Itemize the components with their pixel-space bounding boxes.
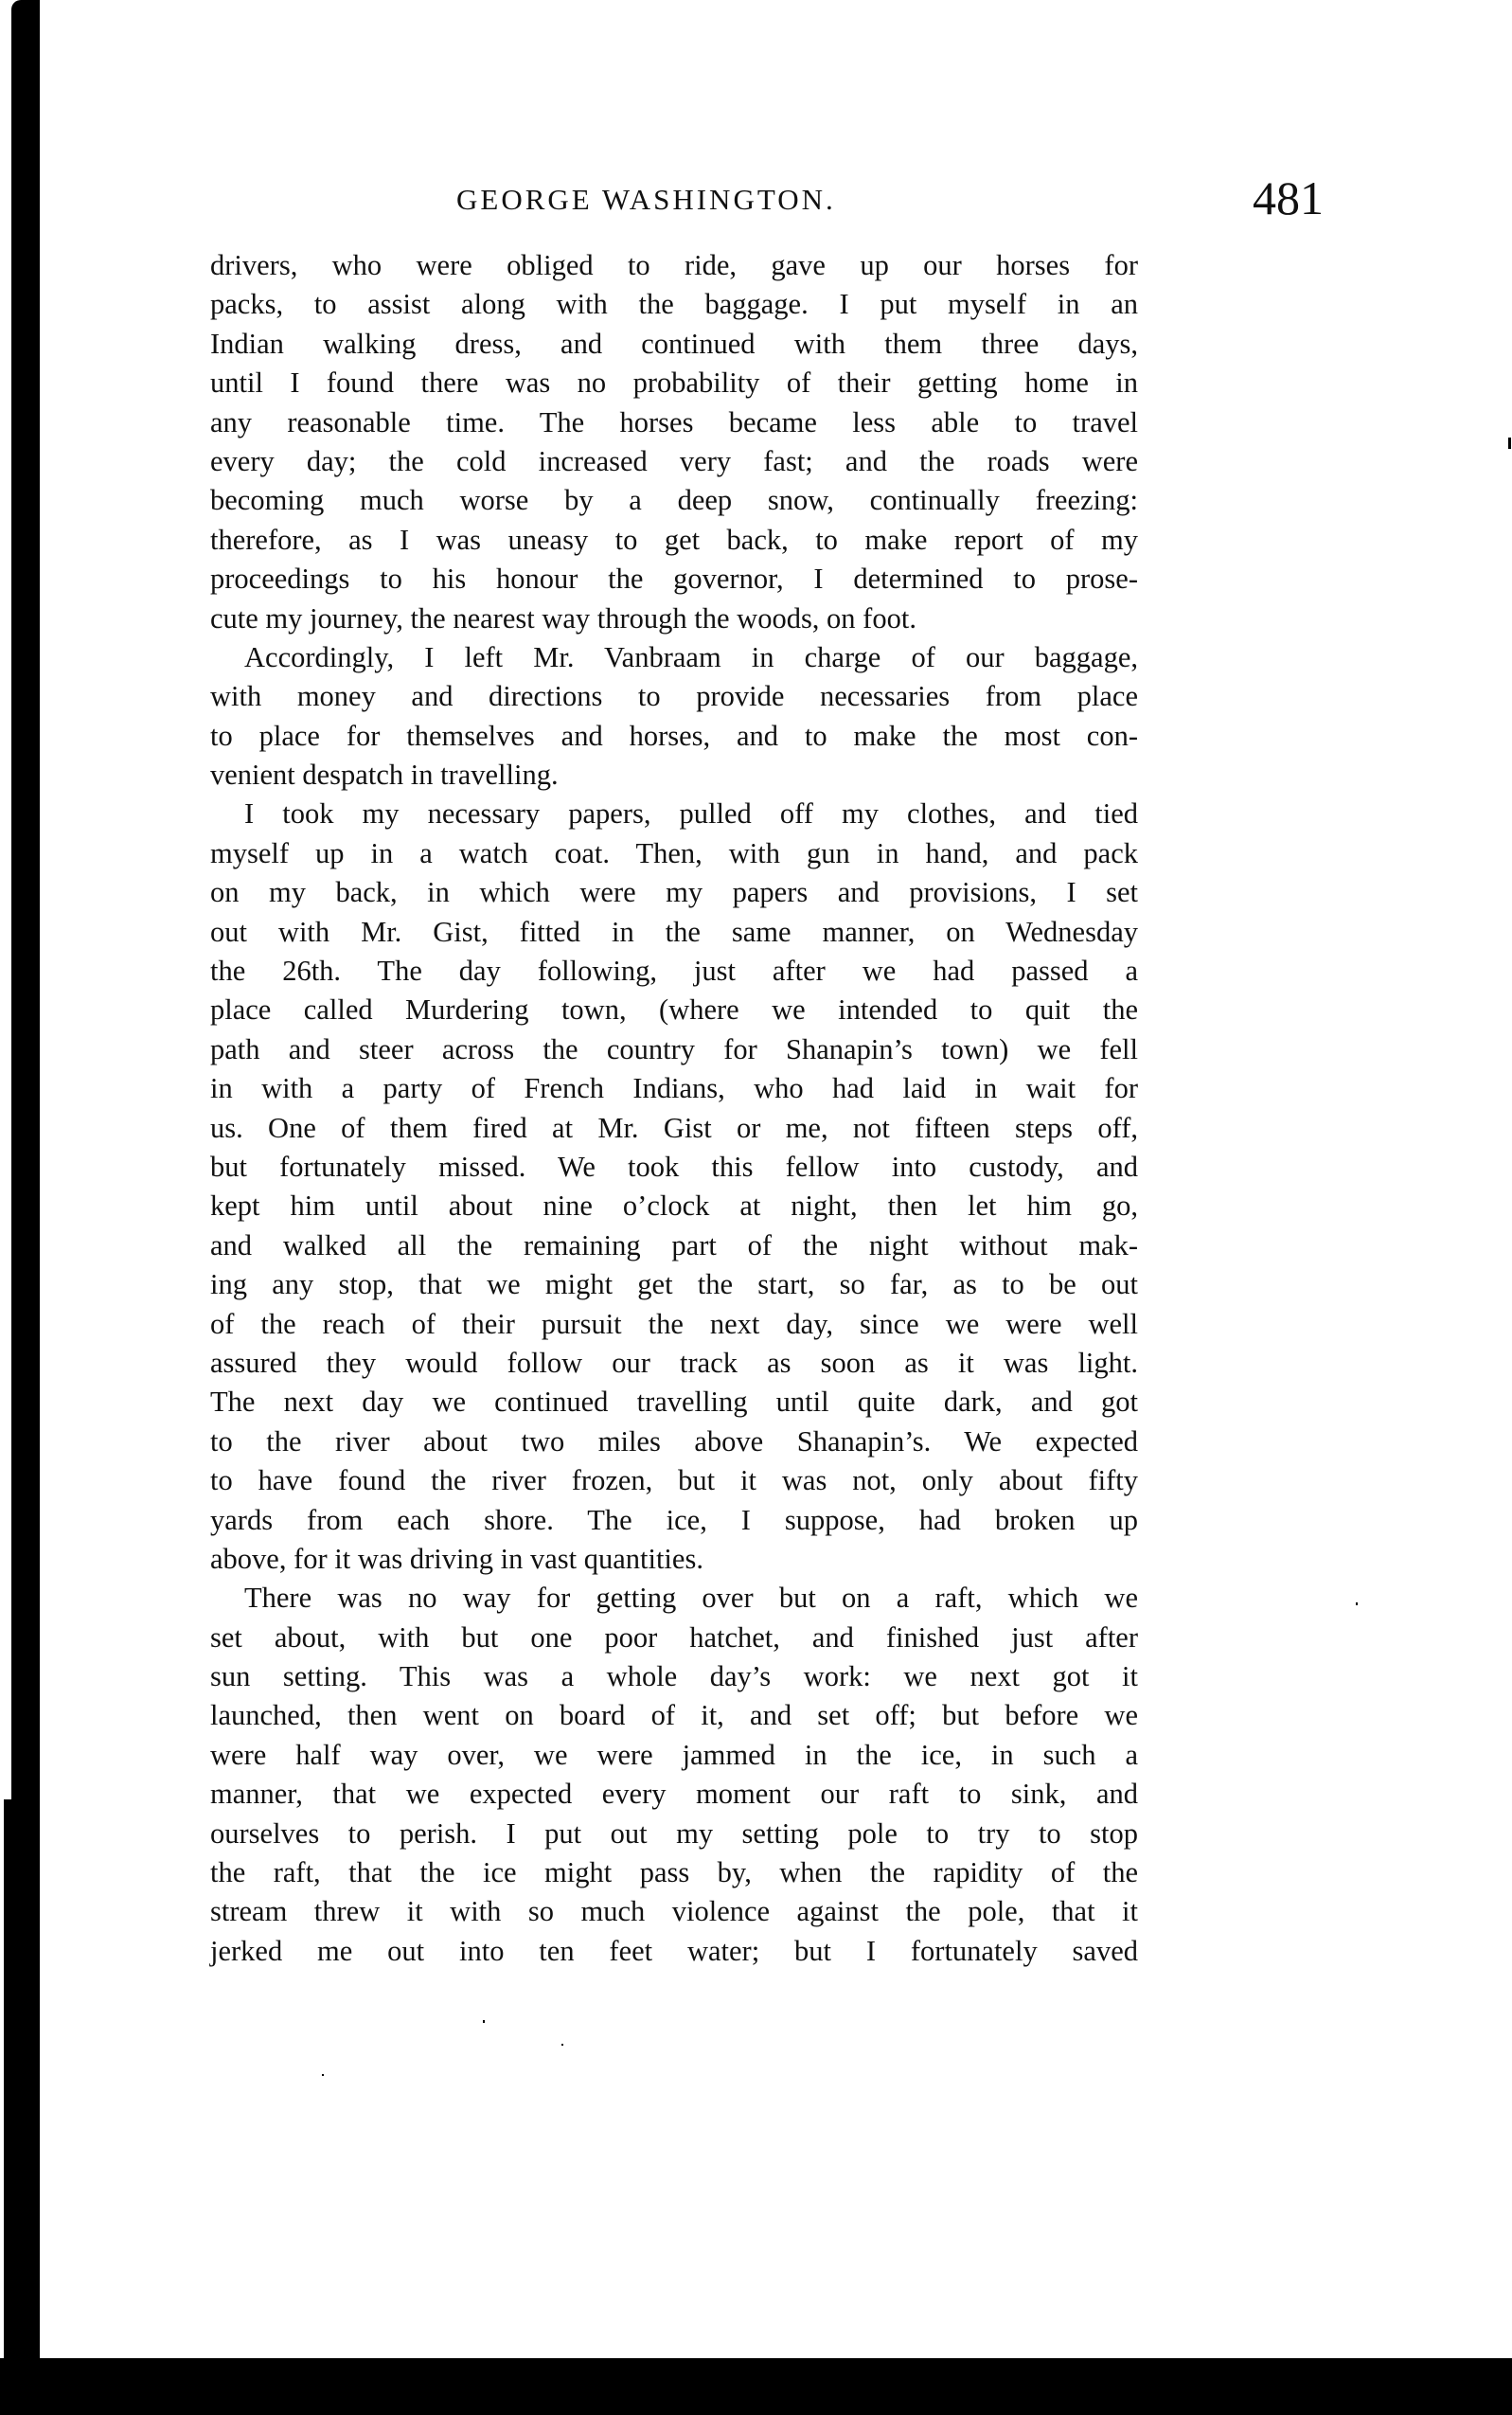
text-line: venient despatch in travelling.: [210, 756, 1138, 795]
scan-speck: [322, 2074, 324, 2076]
text-line: to place for themselves and horses, and …: [210, 717, 1138, 756]
text-line: above, for it was driving in vast quanti…: [210, 1540, 1138, 1579]
text-line: path and steer across the country for Sh…: [210, 1030, 1138, 1069]
text-line: until I found there was no probability o…: [210, 364, 1138, 402]
text-line: on my back, in which were my papers and …: [210, 873, 1138, 912]
text-line: every day; the cold increased very fast;…: [210, 442, 1138, 481]
text-line: sun setting. This was a whole day’s work…: [210, 1657, 1138, 1696]
page-number: 481: [1253, 170, 1324, 225]
text-line: kept him until about nine o’clock at nig…: [210, 1187, 1138, 1225]
text-line: Indian walking dress, and continued with…: [210, 325, 1138, 364]
text-line: ing any stop, that we might get the star…: [210, 1265, 1138, 1304]
text-line: packs, to assist along with the baggage.…: [210, 285, 1138, 324]
scan-speck: [1356, 1602, 1358, 1605]
text-line: Accordingly, I left Mr. Vanbraam in char…: [210, 638, 1138, 677]
text-line: becoming much worse by a deep snow, cont…: [210, 481, 1138, 520]
text-line: to the river about two miles above Shana…: [210, 1422, 1138, 1461]
paragraph: There was no way for getting over but on…: [210, 1579, 1138, 1971]
text-line: stream threw it with so much violence ag…: [210, 1892, 1138, 1931]
text-line: ourselves to perish. I put out my settin…: [210, 1815, 1138, 1853]
text-line: myself up in a watch coat. Then, with gu…: [210, 834, 1138, 873]
text-line: jerked me out into ten feet water; but I…: [210, 1932, 1138, 1971]
text-line: the raft, that the ice might pass by, wh…: [210, 1853, 1138, 1892]
text-line: the 26th. The day following, just after …: [210, 952, 1138, 991]
paragraph: drivers, who were obliged to ride, gave …: [210, 246, 1138, 638]
text-line: yards from each shore. The ice, I suppos…: [210, 1501, 1138, 1540]
text-line: launched, then went on board of it, and …: [210, 1696, 1138, 1735]
text-line: were half way over, we were jammed in th…: [210, 1736, 1138, 1775]
paragraph: I took my necessary papers, pulled off m…: [210, 795, 1138, 1579]
text-line: us. One of them fired at Mr. Gist or me,…: [210, 1109, 1138, 1148]
scan-speck: [483, 2020, 485, 2023]
text-line: in with a party of French Indians, who h…: [210, 1069, 1138, 1108]
page-bottom-edge-shadow: [0, 2358, 1512, 2415]
text-line: with money and directions to provide nec…: [210, 677, 1138, 716]
running-head: GEORGE WASHINGTON.: [456, 183, 836, 217]
text-line: manner, that we expected every moment ou…: [210, 1775, 1138, 1814]
paragraph: Accordingly, I left Mr. Vanbraam in char…: [210, 638, 1138, 796]
text-line: The next day we continued travelling unt…: [210, 1383, 1138, 1422]
text-line: any reasonable time. The horses became l…: [210, 403, 1138, 442]
text-line: out with Mr. Gist, fitted in the same ma…: [210, 913, 1138, 952]
scanned-book-page: GEORGE WASHINGTON. 481 drivers, who were…: [0, 0, 1512, 2415]
text-line: assured they would follow our track as s…: [210, 1344, 1138, 1383]
text-line: and walked all the remaining part of the…: [210, 1226, 1138, 1265]
scan-speck: [1508, 438, 1511, 449]
text-line: drivers, who were obliged to ride, gave …: [210, 246, 1138, 285]
text-line: but fortunately missed. We took this fel…: [210, 1148, 1138, 1187]
text-line: cute my journey, the nearest way through…: [210, 599, 1138, 638]
scan-speck: [561, 2044, 563, 2046]
text-line: set about, with but one poor hatchet, an…: [210, 1619, 1138, 1657]
page-left-edge-shadow-lower: [4, 1799, 27, 2415]
body-text: drivers, who were obliged to ride, gave …: [210, 246, 1138, 1971]
text-line: proceedings to his honour the governor, …: [210, 560, 1138, 599]
text-line: to have found the river frozen, but it w…: [210, 1461, 1138, 1500]
text-line: of the reach of their pursuit the next d…: [210, 1305, 1138, 1344]
text-line: place called Murdering town, (where we i…: [210, 991, 1138, 1029]
text-line: therefore, as I was uneasy to get back, …: [210, 521, 1138, 560]
text-line: I took my necessary papers, pulled off m…: [210, 795, 1138, 833]
text-line: There was no way for getting over but on…: [210, 1579, 1138, 1618]
